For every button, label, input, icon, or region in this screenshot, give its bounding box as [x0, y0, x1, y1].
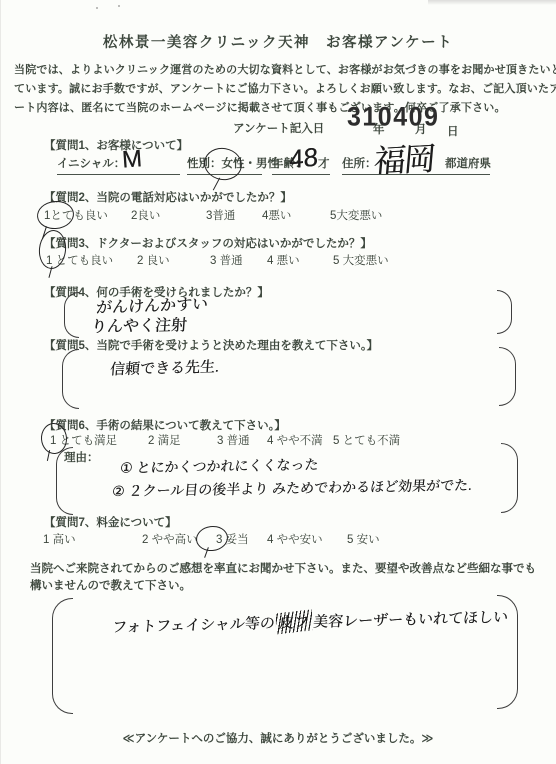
address-underline	[342, 174, 490, 175]
q3-option-4: 4 悪い	[267, 252, 300, 268]
initial-underline	[57, 174, 180, 175]
q7-option-2: 2 やや高い	[142, 531, 198, 547]
q7-option-5: 5 安い	[347, 531, 380, 547]
q6-heading: 【質問6、手術の結果について教えて下さい。】	[44, 417, 286, 433]
q7-heading: 【質問7、料金について】	[44, 514, 177, 530]
feedback-answer-struck: 皮フ	[278, 611, 310, 633]
scan-edge-line	[0, 0, 1, 764]
answer-bracket-left-q4	[64, 292, 79, 338]
feedback-answer-before: フォトフェイシャル等の	[111, 615, 279, 636]
answer-bracket-right-q4	[497, 290, 512, 334]
page-title: 松林景一美容クリニック天神 お客様アンケート	[0, 31, 556, 52]
q3-heading: 【質問3、ドクターおよびスタッフの対応はいかがでしたか？】	[44, 235, 372, 251]
pen-circle-gender	[202, 145, 245, 183]
answer-bracket-right-q6	[501, 443, 518, 513]
answer-bracket-left-q6	[56, 447, 73, 515]
q2-option-5: 5大変悪い	[330, 207, 382, 223]
q6-option-3: 3 普通	[217, 432, 250, 448]
feedback-prompt-line-2: 構いませんので教えて下さい。	[30, 577, 191, 593]
q7-option-1: 1 高い	[43, 531, 76, 547]
pen-circle-q7-option3	[195, 524, 230, 553]
scan-smudge	[428, 0, 556, 5]
age-underline	[272, 174, 330, 175]
q3-option-5: 5 大変悪い	[333, 252, 389, 268]
day-label: 日	[447, 123, 459, 139]
q6-reason-2: ② ２クール目の後半より みためでわかるほど効果がでた.	[111, 475, 473, 501]
q6-reason-1: ① とにかくつかれにくくなった	[119, 454, 319, 477]
answer-bracket-left-q5	[62, 349, 79, 409]
q4-answer-line-2: りんやく注射	[90, 312, 188, 337]
date-stamp: 310409	[347, 102, 439, 133]
q2-option-2: 2良い	[131, 207, 160, 223]
footer-thanks: ≪アンケートへのご協力、誠にありがとうございました。≫	[0, 730, 556, 746]
handwritten-address: 福岡	[372, 133, 436, 182]
q3-option-3: 3 普通	[210, 252, 243, 268]
q1-heading: 【質問1、お客様について】	[44, 137, 188, 153]
q2-option-4: 4悪い	[262, 207, 291, 223]
scanned-survey-page: 松林景一美容クリニック天神 お客様アンケート 当院では、よりよいクリニック運営の…	[0, 0, 556, 764]
initial-label: イニシャル：	[57, 155, 125, 171]
q7-option-4: 4 やや安い	[267, 531, 323, 547]
intro-line-2: ています。誠にお手数ですが、アンケートにご協力下さい。よろしくお願い致します。な…	[14, 80, 556, 96]
q6-option-2: 2 満足	[148, 432, 181, 448]
gender-separator: ・	[245, 158, 257, 170]
feedback-answer-after: 美容レーザーもいれてほしい	[308, 609, 508, 631]
q2-heading: 【質問2、当院の電話対応はいかがでしたか？】	[44, 189, 292, 205]
q3-option-2: 2 良い	[137, 252, 170, 268]
scan-speck	[96, 7, 98, 9]
q5-answer: 信頼できる先生.	[109, 356, 220, 380]
address-unit-label: 都道府県	[445, 155, 491, 171]
q6-option-5: 5 とても不満	[333, 432, 400, 448]
q2-option-3: 3普通	[206, 207, 235, 223]
intro-line-1: 当院では、よりよいクリニック運営のための大切な資料として、お客様がお気づきの事を…	[14, 61, 556, 77]
handwritten-initial: M	[121, 145, 143, 174]
q6-option-4: 4 やや不満	[267, 432, 323, 448]
address-label: 住所：	[342, 155, 377, 171]
handwritten-age: 48	[289, 141, 318, 175]
answer-bracket-right-q5	[499, 347, 516, 406]
feedback-prompt-line-1: 当院へご来院されてからのご感想を率直にお聞かせ下さい。また、要望や改善点など些細…	[30, 560, 536, 576]
survey-date-label: アンケート記入日	[233, 120, 324, 136]
scan-speck	[118, 5, 120, 7]
q5-heading: 【質問5、当院で手術を受けようと決めた理由を教えて下さい。】	[44, 337, 378, 353]
age-unit-label: 才	[318, 155, 330, 171]
feedback-answer: フォトフェイシャル等の 皮フ 美容レーザーもいれてほしい	[111, 606, 509, 637]
answer-bracket-left-feedback	[52, 598, 73, 714]
